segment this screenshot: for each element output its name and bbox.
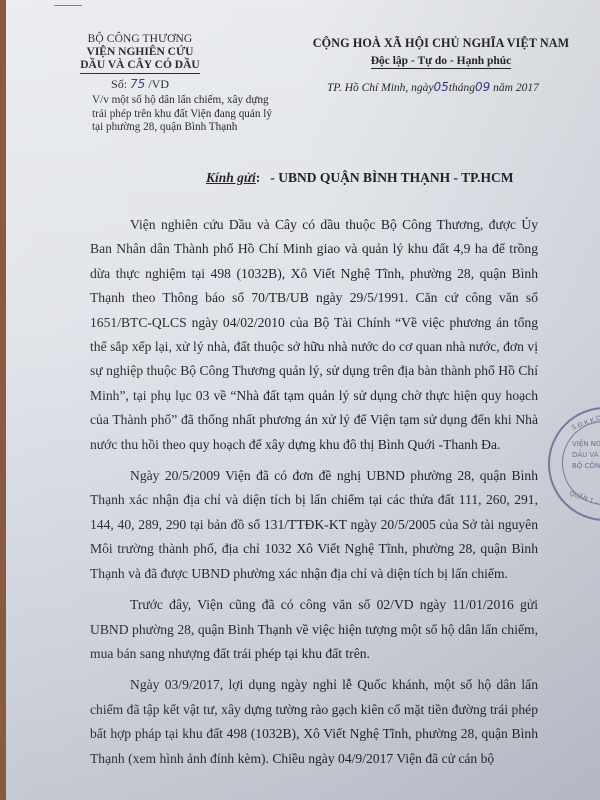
document-number: Số: 75 /VD xyxy=(60,78,220,91)
body-paragraph: Trước đây, Viện cũng đã có công văn số 0… xyxy=(90,593,538,666)
recipient-value: - UBND QUẬN BÌNH THẠNH - TP.HCM xyxy=(270,170,513,185)
seal-text: VIỆN NGHIÊ DẦU VÀ CÂY BỘ CÔNG TH xyxy=(572,439,600,472)
body-paragraph: Ngày 03/9/2017, lợi dụng ngày nghỉ lễ Qu… xyxy=(90,673,538,771)
date-day: 05 xyxy=(434,80,449,94)
number-value: 75 xyxy=(130,77,145,91)
subject-block: V/v một số hộ dân lấn chiếm, xây dựng tr… xyxy=(92,94,292,135)
letter-body: Viện nghiên cứu Dầu và Cây có dầu thuộc … xyxy=(90,213,538,778)
subject-line: trái phép trên khu đất Viện đang quản lý xyxy=(92,108,292,122)
institute-name-line2: DẦU VÀ CÂY CÓ DẦU xyxy=(80,59,199,74)
recipient-line: Kính gửi: - UBND QUẬN BÌNH THẠNH - TP.HC… xyxy=(206,170,514,186)
body-paragraph: Viện nghiên cứu Dầu và Cây có dầu thuộc … xyxy=(90,213,538,457)
document-page: BỘ CÔNG THƯƠNG VIỆN NGHIÊN CỨU DẦU VÀ CÂ… xyxy=(6,0,600,800)
seal-line: DẦU VÀ CÂY xyxy=(572,450,600,461)
top-rule xyxy=(54,5,82,6)
date-prefix: TP. Hồ Chí Minh, ngày xyxy=(327,82,434,94)
recipient-label: Kính gửi xyxy=(206,170,256,185)
month-label: tháng xyxy=(449,82,475,94)
seal-line: BỘ CÔNG TH xyxy=(572,461,600,472)
issuer-block: BỘ CÔNG THƯƠNG VIỆN NGHIÊN CỨU DẦU VÀ CÂ… xyxy=(60,33,220,91)
subject-line: tại phường 28, quận Bình Thạnh xyxy=(92,121,292,135)
number-suffix: /VD xyxy=(148,77,169,91)
nation-name: CỘNG HOÀ XÃ HỘI CHỦ NGHĨA VIỆT NAM xyxy=(291,36,591,51)
national-header: CỘNG HOÀ XÃ HỘI CHỦ NGHĨA VIỆT NAM Độc l… xyxy=(291,36,591,69)
official-seal: S.Đ.K.K.D: 4109000 VIỆN NGHIÊ DẦU VÀ CÂY… xyxy=(548,407,600,521)
seal-line: VIỆN NGHIÊ xyxy=(572,439,600,450)
date-line: TP. Hồ Chí Minh, ngày05tháng09 năm 2017 xyxy=(327,80,539,94)
date-month: 09 xyxy=(475,80,490,94)
ministry-name: BỘ CÔNG THƯƠNG xyxy=(60,33,220,46)
number-label: Số: xyxy=(111,77,127,91)
body-paragraph: Ngày 20/5/2009 Viện đã có đơn đề nghị UB… xyxy=(90,464,538,586)
year-label: năm 2017 xyxy=(493,82,539,94)
subject-line: V/v một số hộ dân lấn chiếm, xây dựng xyxy=(92,94,292,108)
national-motto: Độc lập - Tự do - Hạnh phúc xyxy=(371,55,512,69)
institute-name-line1: VIỆN NGHIÊN CỨU xyxy=(60,46,220,59)
recipient-colon: : xyxy=(256,170,267,185)
